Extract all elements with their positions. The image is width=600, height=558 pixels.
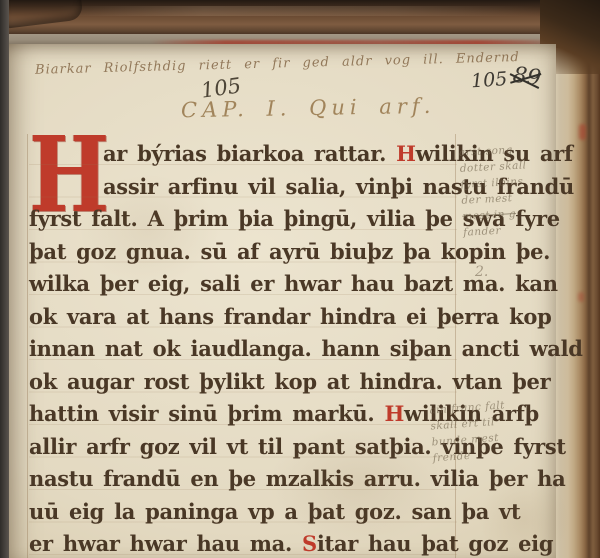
line-segment: ok augar rost þylikt kop at hindra. vtan… [29, 369, 550, 394]
line-segment: þat goz gnua. sū af ayrū biuþz þa kopin … [29, 239, 550, 264]
left-binding-edge [0, 0, 9, 558]
rubricated-letter: H [396, 141, 416, 166]
margin-number: 2. [475, 264, 488, 280]
margin-note-bottom: ain franc faltskall ert tilbunde mestfre… [429, 394, 563, 467]
leather-sheen [60, 6, 540, 16]
manuscript-line: ok vara at hans frandar hindra ei þerra … [29, 301, 457, 334]
page-number-new: 105 [470, 68, 508, 92]
parchment-page: Biarkar Riolfsthdig riett er fir ged ald… [9, 44, 556, 558]
manuscript-photo: Biarkar Riolfsthdig riett er fir ged ald… [0, 0, 600, 558]
manuscript-line: ok augar rost þylikt kop at hindra. vtan… [29, 366, 457, 399]
manuscript-line: innan nat ok iaudlanga. hann siþan ancti… [29, 333, 457, 366]
manuscript-line: fyrst falt. A þrim þia þingū, vilia þe s… [29, 203, 457, 236]
manuscript-line: assir arfinu vil salia, vinþi nastu fran… [29, 171, 457, 204]
main-text-block: ar býrias biarkoa rattar. Hwilikin su ar… [29, 138, 457, 558]
line-segment: itar hau þat goz eig [317, 531, 553, 556]
ruling-line-left [27, 134, 28, 558]
red-edge-smudge [579, 124, 586, 140]
chapter-heading: CAP. I. Qui arf. [181, 94, 436, 122]
page-number-old-crossed: 89 [512, 63, 543, 92]
manuscript-line: er hwar hwar hau ma. Sitar hau þat goz e… [29, 528, 457, 558]
book-cover-top-edge [0, 0, 600, 34]
manuscript-line: allir arfr goz vil vt til pant satþia. v… [29, 431, 457, 464]
manuscript-line: nastu frandū en þe mzalkis arru. vilia þ… [29, 463, 457, 496]
manuscript-line: ar býrias biarkoa rattar. Hwilikin su ar… [29, 138, 457, 171]
top-inscription: Biarkar Riolfsthdig riett er fir ged ald… [35, 51, 475, 78]
manuscript-line: uū eig la paninga vp a þat goz. san þa v… [29, 496, 457, 529]
line-segment: uū eig la paninga vp a þat goz. san þa v… [29, 499, 520, 524]
line-segment: er hwar hwar hau ma. [29, 531, 302, 556]
margin-note-top: arst songdotter skallfyrst ilbinsder mes… [459, 139, 572, 241]
manuscript-line: wilka þer eig, sali er hwar hau bazt ma.… [29, 268, 457, 301]
manuscript-line: hattin visir sinū þrim markū. Hwilikin a… [29, 398, 457, 431]
manuscript-line: þat goz gnua. sū af ayrū biuþz þa kopin … [29, 236, 457, 269]
rubricated-letter: H [384, 401, 404, 426]
rubricated-letter: S [302, 531, 317, 556]
line-segment: innan nat ok iaudlanga. hann siþan ancti… [29, 336, 583, 361]
line-segment: ok vara at hans frandar hindra ei þerra … [29, 304, 551, 329]
line-segment: ar býrias biarkoa rattar. [103, 141, 396, 166]
page-number-corner: 10589 [470, 64, 542, 94]
line-segment: nastu frandū en þe mzalkis arru. vilia þ… [29, 466, 565, 491]
line-segment: hattin visir sinū þrim markū. [29, 401, 384, 426]
red-edge-smudge [578, 292, 584, 302]
